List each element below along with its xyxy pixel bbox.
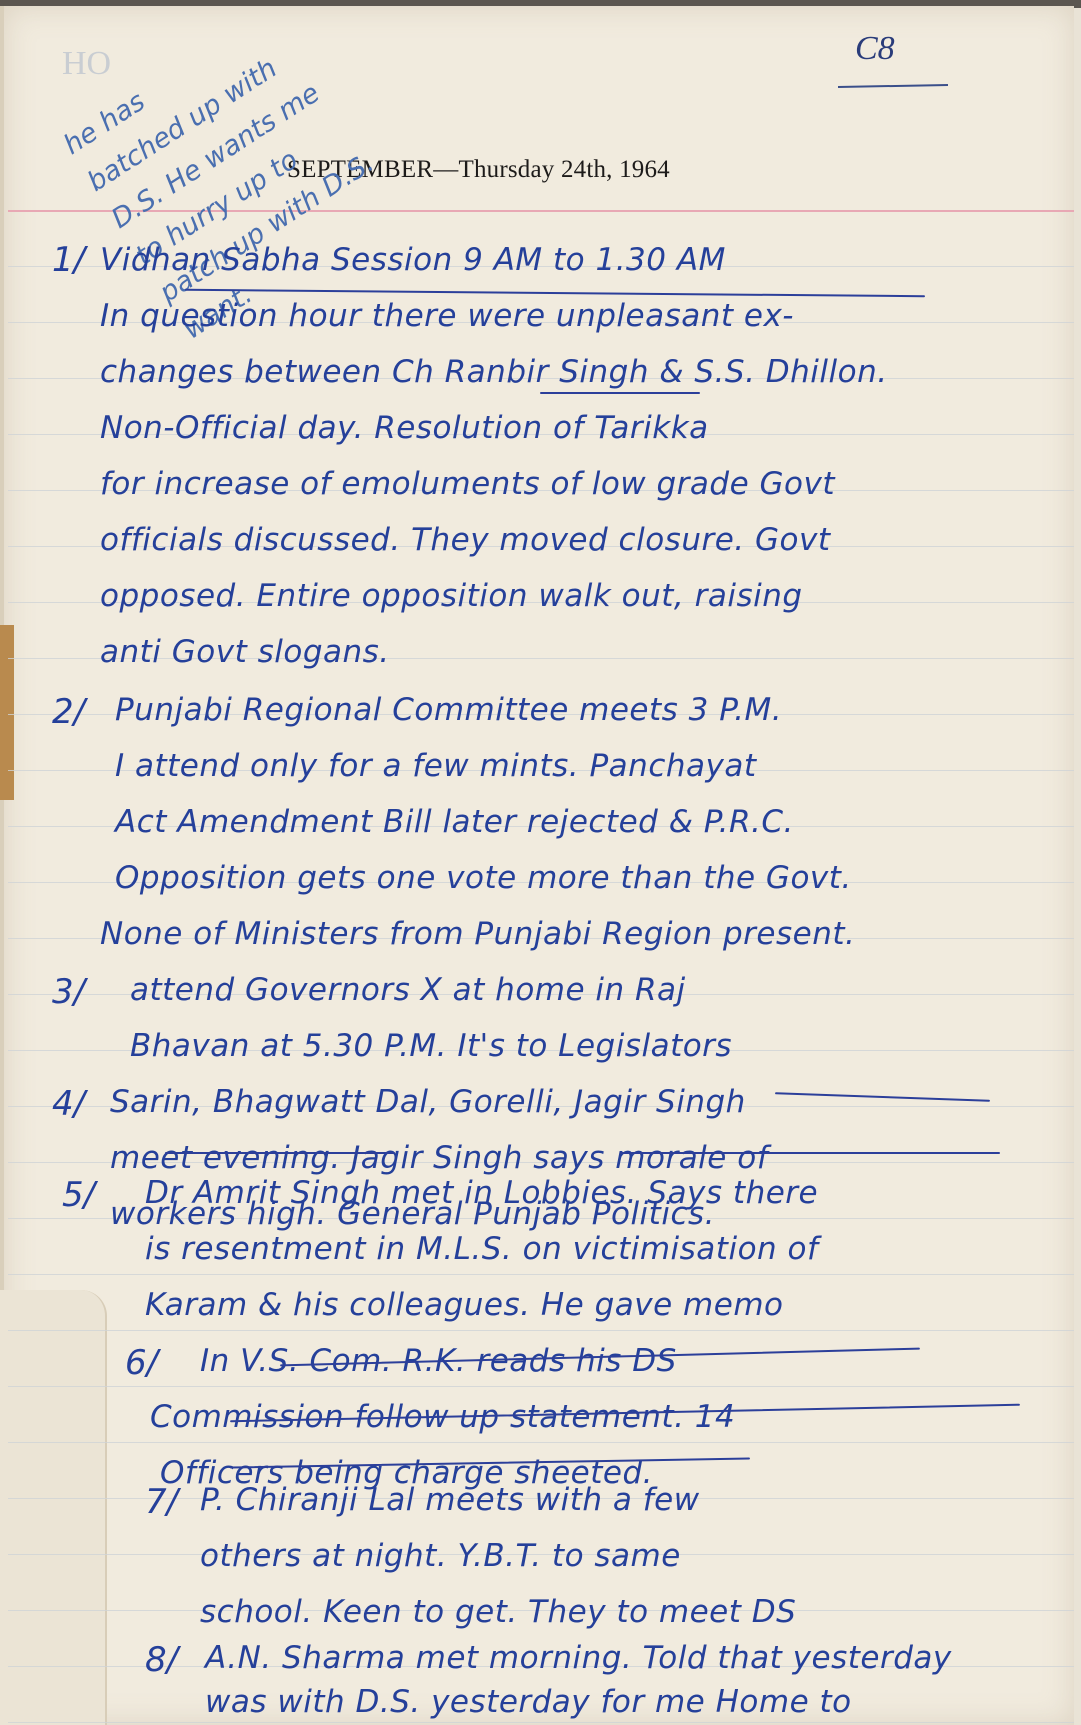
entry-number: 5/ (62, 1175, 95, 1215)
entry-number: 1/ (52, 240, 85, 280)
underline (620, 1152, 1000, 1154)
page-cutout (0, 1290, 107, 1725)
entry-line: Sarin, Bhagwatt Dal, Gorelli, Jagir Sing… (110, 1084, 746, 1120)
entry-line: for increase of emoluments of low grade … (100, 466, 835, 502)
entry-number: 3/ (52, 972, 85, 1012)
entry-number: 6/ (125, 1343, 158, 1383)
entry-number: 2/ (52, 692, 85, 732)
ruled-line (8, 1386, 1074, 1387)
entry-line: Punjabi Regional Committee meets 3 P.M. (115, 692, 782, 728)
ruled-line (8, 1442, 1074, 1443)
underline (540, 392, 700, 394)
entry-line: P. Chiranji Lal meets with a few (200, 1482, 700, 1518)
entry-line: is resentment in M.L.S. on victimisation… (145, 1231, 818, 1267)
entry-number: 8/ (145, 1640, 178, 1680)
ruled-line (8, 1722, 1074, 1723)
entry-number: 4/ (52, 1084, 85, 1124)
entry-line: Act Amendment Bill later rejected & P.R.… (115, 804, 794, 840)
entry-line: Non-Official day. Resolution of Tarikka (100, 410, 709, 446)
entry-line: anti Govt slogans. (100, 634, 390, 670)
binding-tab (0, 625, 14, 800)
entry-line: Dr Amrit Singh met in Lobbies. Says ther… (145, 1175, 818, 1211)
entry-line: Vidhan Sabha Session 9 AM to 1.30 AM (100, 242, 726, 278)
entry-line: Karam & his colleagues. He gave memo (145, 1287, 783, 1323)
entry-line: Opposition gets one vote more than the G… (115, 860, 852, 896)
entry-line: others at night. Y.B.T. to same (200, 1538, 681, 1574)
entry-line: A.N. Sharma met morning. Told that yeste… (205, 1640, 952, 1676)
entry-line: school. Keen to get. They to meet DS (200, 1594, 796, 1630)
page-mark: C8 (855, 30, 895, 68)
entry-line: meet evening. Jagir Singh says morale of (110, 1140, 768, 1176)
underline (165, 1152, 395, 1154)
entry-line: was with D.S. yesterday for me Home to (205, 1684, 852, 1720)
entry-line: Bhavan at 5.30 P.M. It's to Legislators (130, 1028, 732, 1064)
entry-line: In question hour there were unpleasant e… (100, 298, 794, 334)
faint-corner-mark: HO (62, 45, 111, 83)
entry-line: officials discussed. They moved closure.… (100, 522, 830, 558)
entry-number: 7/ (145, 1482, 178, 1522)
entry-line: None of Ministers from Punjabi Region pr… (100, 916, 855, 952)
entry-line: opposed. Entire opposition walk out, rai… (100, 578, 803, 614)
entry-line: I attend only for a few mints. Panchayat (115, 748, 757, 784)
ruled-line (8, 1274, 1074, 1275)
ruled-line (8, 1330, 1074, 1331)
entry-line: attend Governors X at home in Raj (130, 972, 686, 1008)
entry-line: changes between Ch Ranbir Singh & S.S. D… (100, 354, 888, 390)
